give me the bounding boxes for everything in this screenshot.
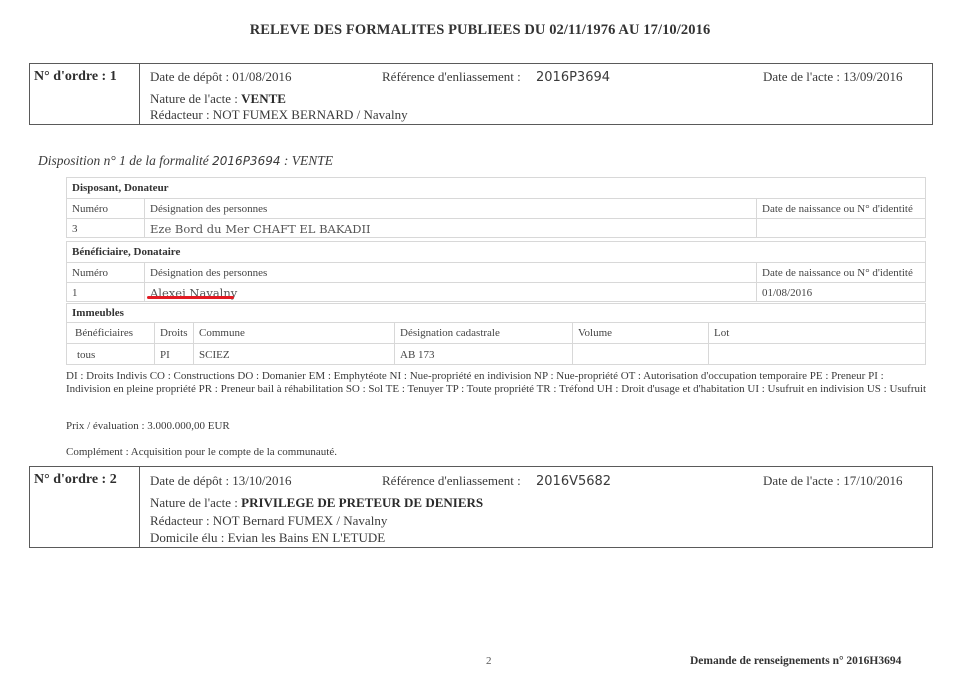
col-date-naissance: Date de naissance ou N° d'identité [756, 263, 925, 282]
section-header-row: Bénéficiaire, Donataire [67, 242, 925, 262]
col-numero: Numéro [67, 199, 144, 218]
rights-legend: DI : Droits Indivis CO : Constructions D… [66, 370, 931, 396]
col-droits: Droits [154, 323, 193, 343]
cell-numero: 1 [67, 283, 144, 302]
disposant-heading: Disposant, Donateur [67, 178, 925, 198]
cell-designation: Alexei Navalny [144, 283, 756, 302]
domicile-elu: Domicile élu : Evian les Bains EN L'ETUD… [150, 530, 385, 546]
col-commune: Commune [193, 323, 394, 343]
highlight-underline [147, 296, 234, 299]
col-designation-cadastrale: Désignation cadastrale [394, 323, 572, 343]
col-date-naissance: Date de naissance ou N° d'identité [756, 199, 925, 218]
nature-value: VENTE [241, 91, 286, 106]
nature-acte: Nature de l'acte : PRIVILEGE DE PRETEUR … [150, 495, 483, 511]
complement: Complément : Acquisition pour le compte … [66, 446, 337, 458]
immeubles-table: Immeubles Bénéficiaires Droits Commune D… [66, 303, 926, 365]
col-designation: Désignation des personnes [144, 263, 756, 282]
demande-reference: Demande de renseignements n° 2016H3694 [690, 655, 901, 667]
table-row: 3 Eze Bord du Mer CHAFT EL BAKADII [67, 218, 925, 238]
reference-label: Référence d'enliassement : [382, 473, 521, 489]
formalite-1-box: N° d'ordre : 1 Date de dépôt : 01/08/201… [29, 63, 933, 125]
nature-value: PRIVILEGE DE PRETEUR DE DENIERS [241, 495, 483, 510]
reference-value: 2016P3694 [536, 70, 610, 85]
cell-date-naissance: 01/08/2016 [756, 283, 925, 302]
section-header-row: Disposant, Donateur [67, 178, 925, 198]
cell-date-naissance [756, 219, 925, 238]
table-row: 1 Alexei Navalny 01/08/2016 [67, 282, 925, 302]
cell-beneficiaires: tous [72, 344, 154, 365]
cell-numero: 3 [67, 219, 144, 238]
disposition-title: Disposition n° 1 de la formalité 2016P36… [38, 153, 333, 169]
date-acte: Date de l'acte : 17/10/2016 [763, 473, 903, 489]
order-number-label: N° d'ordre : 1 [34, 69, 117, 85]
column-header-row: Bénéficiaires Droits Commune Désignation… [67, 322, 925, 343]
date-depot: Date de dépôt : 01/08/2016 [150, 69, 292, 85]
disposant-table: Disposant, Donateur Numéro Désignation d… [66, 177, 926, 238]
immeubles-heading: Immeubles [67, 304, 925, 322]
nature-label: Nature de l'acte : [150, 91, 238, 106]
reference-value: 2016V5682 [536, 474, 611, 489]
col-volume: Volume [572, 323, 708, 343]
col-designation: Désignation des personnes [144, 199, 756, 218]
col-numero: Numéro [67, 263, 144, 282]
disposition-title-ref: 2016P3694 [212, 154, 280, 168]
disposition-title-suffix: : VENTE [284, 153, 333, 168]
column-header-row: Numéro Désignation des personnes Date de… [67, 198, 925, 218]
col-beneficiaires: Bénéficiaires [70, 323, 154, 343]
cell-droits: PI [154, 344, 193, 365]
beneficiaire-table: Bénéficiaire, Donataire Numéro Désignati… [66, 241, 926, 302]
cell-volume [572, 344, 708, 365]
redacteur: Rédacteur : NOT FUMEX BERNARD / Navalny [150, 107, 408, 123]
col-lot: Lot [708, 323, 925, 343]
document-title: RELEVE DES FORMALITES PUBLIEES DU 02/11/… [0, 22, 960, 39]
section-header-row: Immeubles [67, 304, 925, 322]
cell-designation-cadastrale: AB 173 [394, 344, 572, 365]
date-depot: Date de dépôt : 13/10/2016 [150, 473, 292, 489]
cell-commune: SCIEZ [193, 344, 394, 365]
date-acte: Date de l'acte : 13/09/2016 [763, 69, 903, 85]
prix-evaluation: Prix / évaluation : 3.000.000,00 EUR [66, 420, 230, 432]
nature-label: Nature de l'acte : [150, 495, 238, 510]
redacteur: Rédacteur : NOT Bernard FUMEX / Navalny [150, 513, 387, 529]
cell-designation: Eze Bord du Mer CHAFT EL BAKADII [144, 219, 756, 238]
formalite-2-box: N° d'ordre : 2 Date de dépôt : 13/10/201… [29, 466, 933, 548]
disposition-title-prefix: Disposition n° 1 de la formalité [38, 153, 209, 168]
order-number-label: N° d'ordre : 2 [34, 472, 117, 488]
beneficiaire-heading: Bénéficiaire, Donataire [67, 242, 925, 262]
nature-acte: Nature de l'acte : VENTE [150, 91, 286, 107]
page-number: 2 [486, 655, 492, 667]
reference-label: Référence d'enliassement : [382, 69, 521, 85]
cell-lot [708, 344, 925, 365]
table-row: tous PI SCIEZ AB 173 [67, 343, 925, 365]
order-cell: N° d'ordre : 2 [30, 467, 140, 547]
column-header-row: Numéro Désignation des personnes Date de… [67, 262, 925, 282]
order-cell: N° d'ordre : 1 [30, 64, 140, 124]
